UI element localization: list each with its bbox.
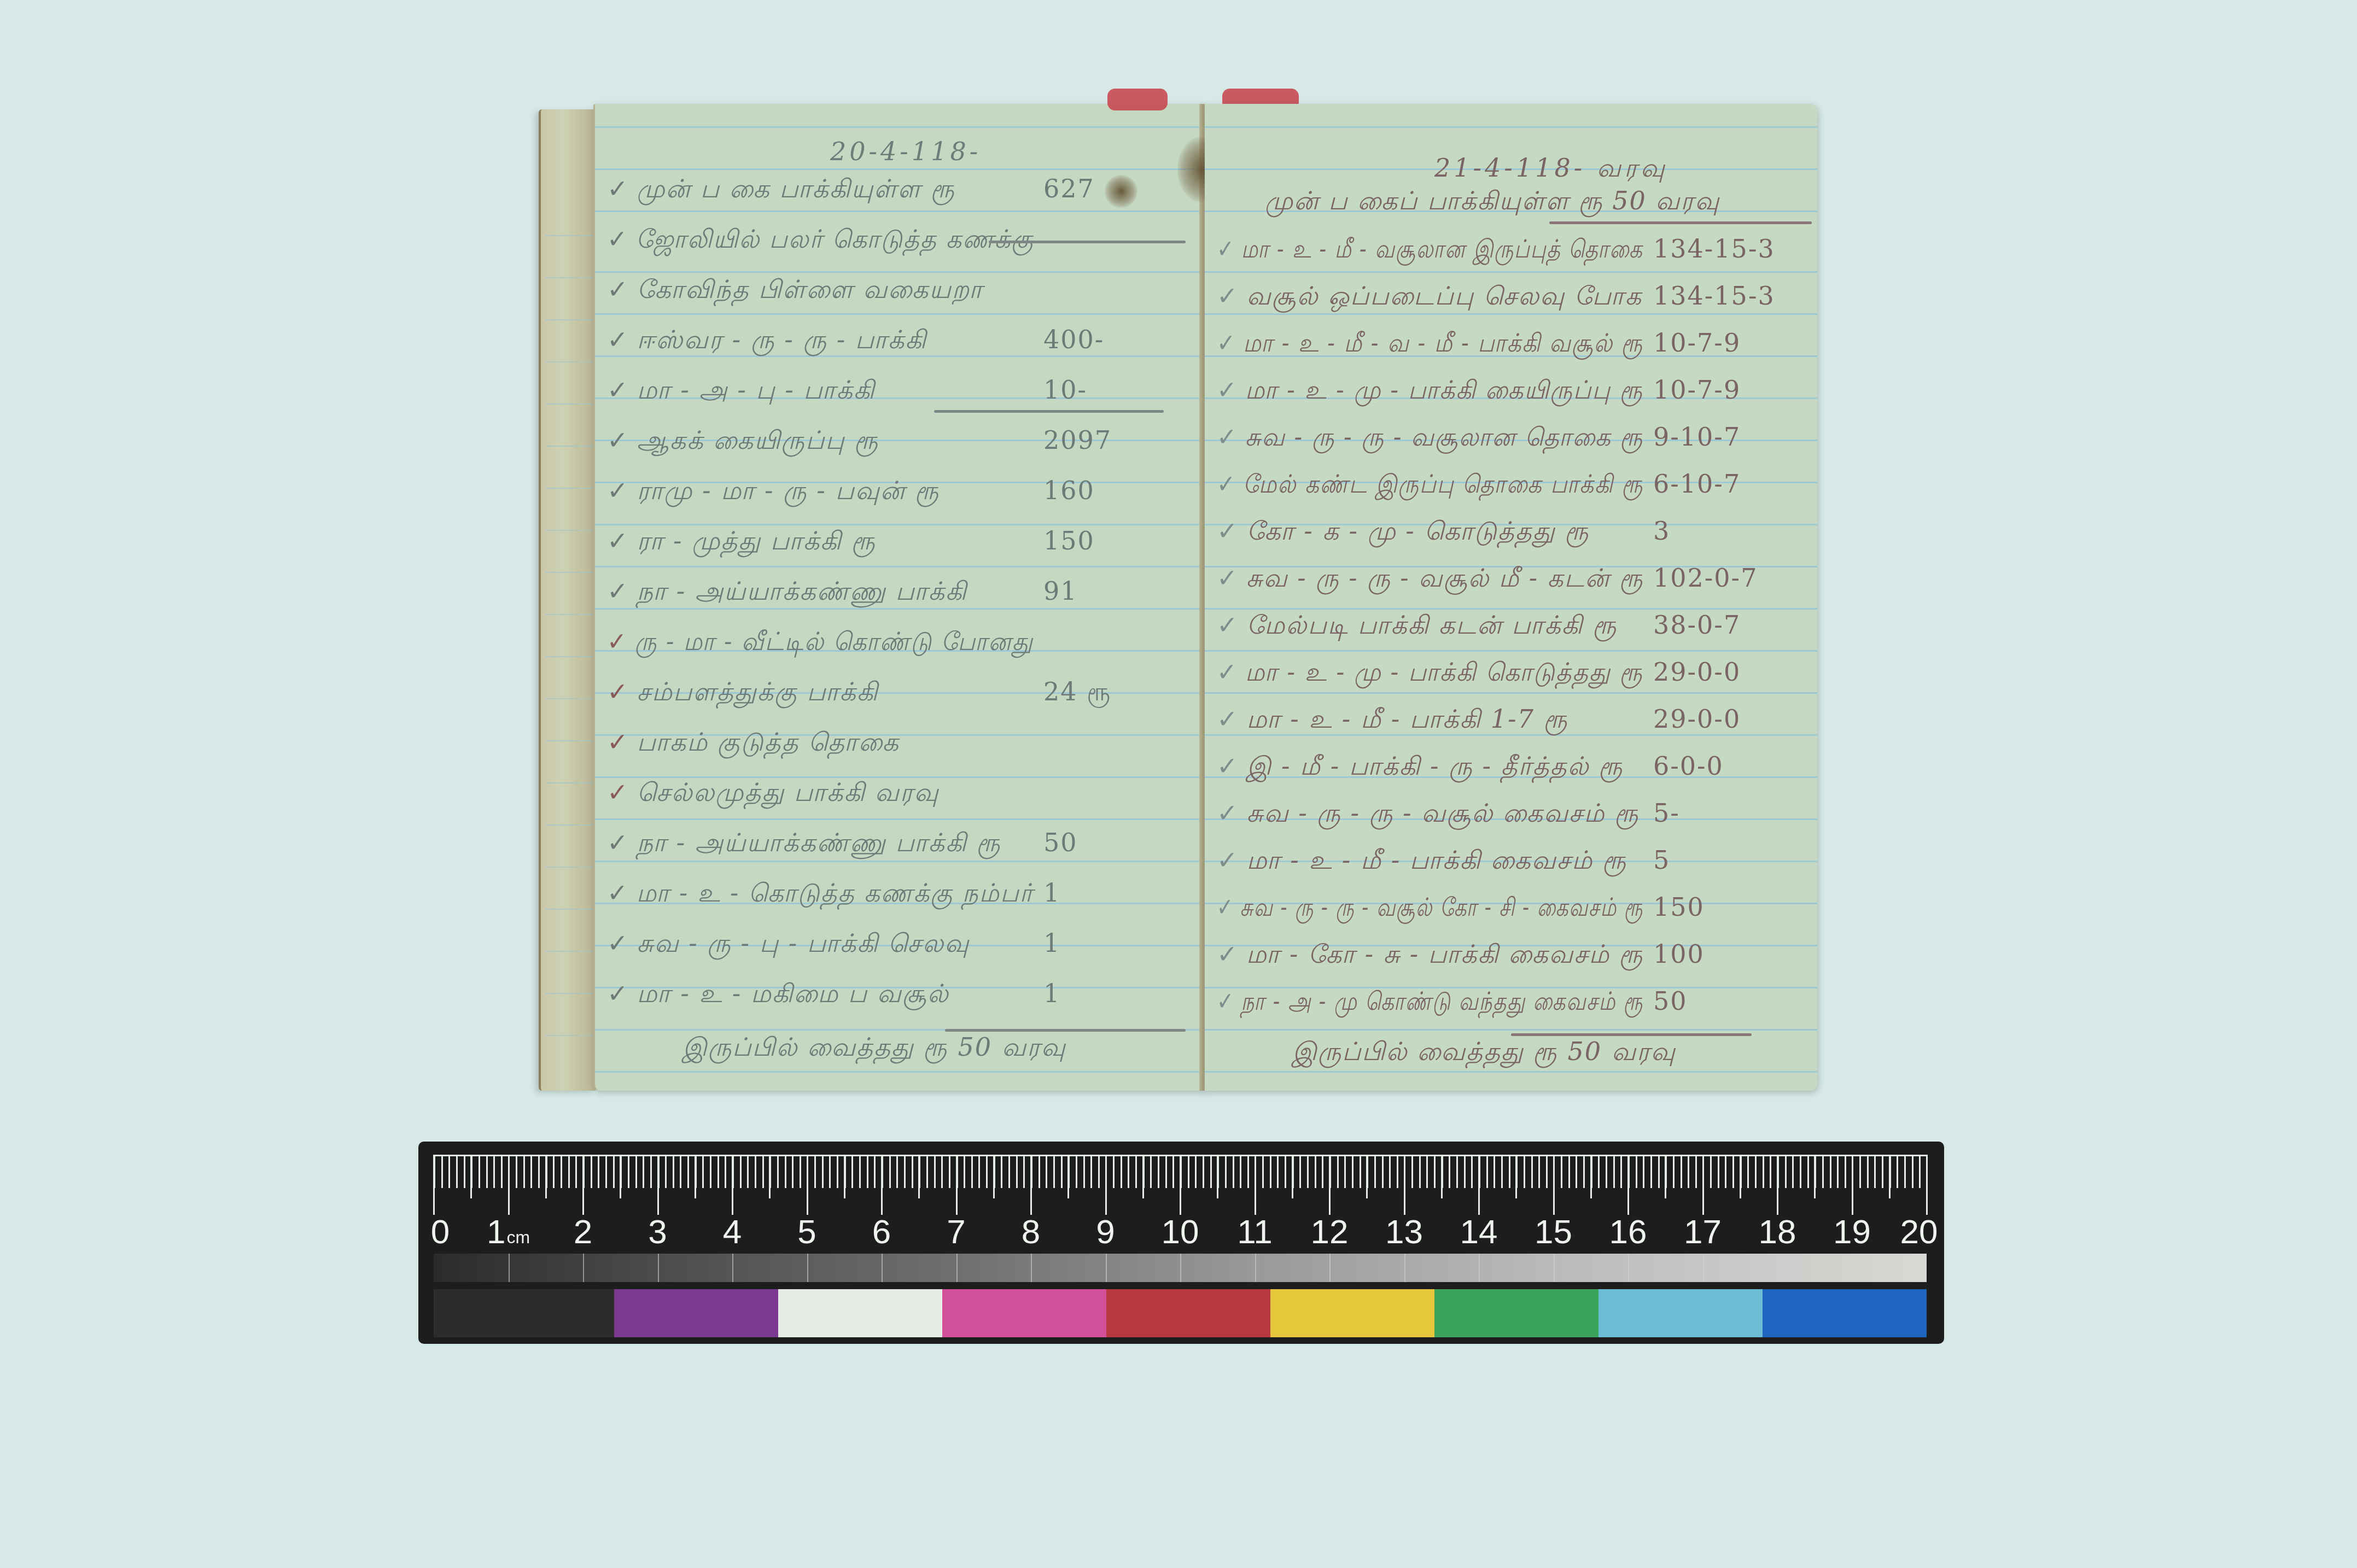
row-text: மா - உ - மீ - பாக்கி கைவசம் ரூ — [1247, 845, 1627, 879]
checkmark-icon: ✓ — [1217, 610, 1239, 640]
ledger-row: ✓ஆகக் கையிருப்பு ரூ — [607, 425, 879, 459]
color-swatch-purple — [614, 1289, 778, 1337]
ruler-label: 6 — [872, 1213, 891, 1251]
ruler-label: 3 — [648, 1213, 667, 1251]
checkmark-icon: ✓ — [1217, 469, 1236, 499]
row-text: சுவ - ரு - பு - பாக்கி செலவு — [637, 928, 970, 962]
ruler-label: 17 — [1684, 1213, 1722, 1251]
row-amount: 2097 — [1043, 425, 1112, 455]
row-text: இ - மீ - பாக்கி - ரு - தீர்த்தல் ரூ — [1247, 751, 1624, 785]
ruler-half-tick — [1889, 1155, 1891, 1198]
row-amount: 150 — [1043, 526, 1095, 555]
ruler-cm-tick — [1404, 1155, 1405, 1215]
gray-step-divider — [1404, 1254, 1405, 1282]
ledger-row: ✓ஜோலியில் பலர் கொடுத்த கணக்கு — [607, 224, 1034, 258]
ruler-cm-tick — [732, 1155, 733, 1215]
ruler-label: 18 — [1759, 1213, 1796, 1251]
color-swatch-white — [778, 1289, 942, 1337]
ruler-half-tick — [1067, 1155, 1069, 1198]
checkmark-icon: ✓ — [1217, 845, 1239, 875]
left-page-date: 20-4-118- — [830, 137, 981, 166]
row-amount: 134-15-3 — [1653, 234, 1775, 264]
row-text: மா - கோ - சு - பாக்கி கைவசம் ரூ — [1246, 939, 1643, 973]
checkmark-icon: ✓ — [607, 224, 628, 254]
ledger-row: ✓சுவ - ரு - ரு - வசூல் கைவசம் ரூ — [1217, 798, 1639, 832]
checkmark-icon: ✓ — [1217, 563, 1239, 593]
ruler-label: 14 — [1460, 1213, 1498, 1251]
checkmark-icon: ✓ — [1217, 422, 1238, 452]
ruler-number: 16 — [1609, 1213, 1647, 1251]
row-text: ரா - முத்து பாக்கி ரூ — [637, 526, 876, 559]
ruler-number: 3 — [648, 1213, 667, 1251]
checkmark-icon: ✓ — [607, 928, 629, 958]
ledger-row: ✓சுவ - ரு - ரு - வசூலான தொகை ரூ — [1217, 422, 1643, 455]
ruler-number: 13 — [1385, 1213, 1423, 1251]
gray-step-divider — [1554, 1254, 1555, 1282]
checkmark-icon: ✓ — [1217, 657, 1238, 687]
ruler-half-tick — [1740, 1155, 1741, 1198]
row-text: பாகம் குடுத்த தொகை — [637, 727, 900, 760]
checkmark-icon: ✓ — [607, 828, 629, 857]
ledger-row: ✓நா - அய்யாக்கண்ணு பாக்கி — [607, 576, 967, 610]
checkmark-icon: ✓ — [607, 174, 629, 203]
row-text: சுவ - ரு - ரு - வசூலான தொகை ரூ — [1245, 422, 1643, 455]
row-text: நா - அய்யாக்கண்ணு பாக்கி — [637, 576, 967, 610]
gray-scale-strip — [434, 1254, 1927, 1282]
ruler-cm-tick — [1030, 1155, 1032, 1215]
ledger-row: ✓மா - கோ - சு - பாக்கி கைவசம் ரூ — [1217, 939, 1643, 973]
row-amount: 1 — [1043, 878, 1060, 908]
ledger-row: ✓இ - மீ - பாக்கி - ரு - தீர்த்தல் ரூ — [1217, 751, 1623, 785]
ruler-number: 14 — [1460, 1213, 1498, 1251]
row-text: ஆகக் கையிருப்பு ரூ — [637, 425, 879, 459]
rule-line — [545, 361, 596, 362]
ruler-label: 12 — [1311, 1213, 1349, 1251]
date-text: 21-4-118- — [1434, 153, 1585, 183]
row-text: சுவ - ரு - ரு - வசூல் கைவசம் ரூ — [1247, 798, 1640, 832]
ledger-row: ✓மா - உ - மீ - பாக்கி கைவசம் ரூ — [1217, 845, 1627, 879]
ruler-half-tick — [844, 1155, 845, 1198]
row-amount: 91 — [1043, 576, 1078, 606]
ruler-cm-tick — [1777, 1155, 1778, 1215]
ledger-row: ✓மா - அ - பு - பாக்கி — [607, 375, 876, 408]
ruler-label: 13 — [1385, 1213, 1423, 1251]
ledger-row: ✓சுவ - ரு - ரு - வசூல் மீ - கடன் ரூ — [1217, 563, 1643, 596]
row-amount: 38-0-7 — [1653, 610, 1741, 640]
rule-line — [545, 235, 596, 236]
row-text: மேல் கண்ட இருப்பு தொகை பாக்கி ரூ — [1243, 469, 1643, 502]
ruler-cm-tick — [1478, 1155, 1480, 1215]
ruler-label: 19 — [1833, 1213, 1871, 1251]
row-amount: 102-0-7 — [1653, 563, 1758, 593]
color-swatch-black — [434, 1289, 614, 1337]
gray-step-divider — [1852, 1254, 1853, 1282]
ledger-row: ✓மா - உ - மீ - வ - மீ - பாக்கி வசூல் ரூ — [1217, 328, 1643, 361]
ruler-label: 20 — [1900, 1213, 1938, 1251]
ruler-number: 10 — [1162, 1213, 1199, 1251]
checkmark-icon: ✓ — [607, 627, 628, 656]
right-page: 21-4-118- வரவு முன் ப கைப் பாக்கியுள்ள ர… — [1205, 104, 1817, 1091]
checkmark-icon: ✓ — [1217, 375, 1238, 405]
ruler-cm-tick — [1105, 1155, 1107, 1215]
closing-suffix: வரவு — [1612, 1037, 1676, 1066]
rule-line — [545, 403, 596, 405]
closing-amount: 50 — [958, 1032, 992, 1062]
row-text: முன் ப கை பாக்கியுள்ள ரூ — [637, 174, 955, 207]
left-page: 20-4-118- ✓முன் ப கை பாக்கியுள்ள ரூ627✓ஜ… — [593, 104, 1205, 1091]
checkmark-icon: ✓ — [607, 325, 629, 354]
opening-underline — [1549, 221, 1812, 224]
closing-balance-row: இருப்பில் வைத்தது ரூ50வரவு — [1292, 1037, 1686, 1070]
checkmark-icon: ✓ — [607, 274, 629, 304]
gray-step-divider — [1031, 1254, 1032, 1282]
checkmark-icon: ✓ — [1217, 939, 1239, 969]
ruler-number: 2 — [574, 1213, 592, 1251]
ruler-number: 4 — [723, 1213, 742, 1251]
ledger-row: ✓வசூல் ஒப்படைப்பு செலவு போக — [1217, 281, 1642, 314]
ruler-number: 8 — [1022, 1213, 1040, 1251]
checkmark-icon: ✓ — [1217, 281, 1239, 311]
row-text: மா - உ - மு - பாக்கி கொடுத்தது ரூ — [1245, 657, 1643, 691]
row-amount: 24 ரூ — [1043, 677, 1111, 710]
row-amount: 134-15-3 — [1653, 281, 1775, 311]
rule-line — [545, 824, 596, 826]
ruler-half-tick — [769, 1155, 771, 1198]
ledger-row: ✓மா - உ - மு - பாக்கி கையிருப்பு ரூ — [1217, 375, 1643, 408]
gray-step-divider — [1329, 1254, 1331, 1282]
ruler-half-tick — [1142, 1155, 1144, 1198]
ledger-row: ✓செல்லமுத்து பாக்கி வரவு — [607, 777, 940, 811]
ruler-number: 18 — [1759, 1213, 1796, 1251]
closing-balance-row: இருப்பில் வைத்தது ரூ50வரவு — [682, 1032, 1076, 1066]
ruler-cm-tick — [657, 1155, 659, 1215]
rule-line — [545, 656, 596, 657]
rule-line — [545, 698, 596, 699]
row-text: மா - உ - மீ - வசூலான இருப்புத் தொகை — [1241, 234, 1643, 267]
ledger-row: ✓கோ - க - மு - கொடுத்தது ரூ — [1217, 516, 1589, 549]
row-text: மா - அ - பு - பாக்கி — [637, 375, 876, 408]
rule-line — [545, 488, 596, 489]
row-text: சம்பளத்துக்கு பாக்கி — [637, 677, 879, 710]
row-amount: 6-0-0 — [1653, 751, 1724, 781]
page-stack-edge — [539, 109, 596, 1091]
total-underline — [1511, 1033, 1752, 1036]
gray-step-divider — [1628, 1254, 1629, 1282]
closing-suffix: வரவு — [1002, 1032, 1066, 1062]
ruler-number: 1 — [487, 1213, 505, 1251]
checkmark-icon: ✓ — [1217, 516, 1239, 546]
ruler-number: 12 — [1311, 1213, 1349, 1251]
checkmark-icon: ✓ — [607, 727, 629, 757]
rule-line — [545, 782, 596, 783]
ruler-label: 0 — [431, 1213, 450, 1251]
row-amount: 160 — [1043, 476, 1095, 505]
ruler-label: 10 — [1162, 1213, 1199, 1251]
ruler-half-tick — [1814, 1155, 1816, 1198]
ledger-row: ✓பாகம் குடுத்த தொகை — [607, 727, 900, 760]
checkmark-icon: ✓ — [607, 878, 629, 908]
ledger-row: ✓கோவிந்த பிள்ளை வகையறா — [607, 274, 983, 308]
checkmark-icon: ✓ — [607, 425, 629, 455]
ruler-label: 2 — [574, 1213, 592, 1251]
ledger-row: ✓முன் ப கை பாக்கியுள்ள ரூ — [607, 174, 955, 207]
ledger-row: ✓மா - உ - மகிமை ப வசூல் — [607, 979, 949, 1012]
ruler-label: 15 — [1535, 1213, 1572, 1251]
row-amount: 627 — [1043, 174, 1095, 203]
row-text: கோ - க - மு - கொடுத்தது ரூ — [1247, 516, 1590, 549]
ruler-label: 1cm — [487, 1213, 530, 1251]
ruler-number: 20 — [1900, 1213, 1938, 1251]
rule-line — [545, 572, 596, 573]
scale-ruler: 01cm234567891011121314151617181920 — [418, 1142, 1944, 1344]
checkmark-icon: ✓ — [607, 979, 629, 1008]
ledger-row: ✓மா - உ - கொடுத்த கணக்கு நம்பர் — [607, 878, 1034, 911]
ledger-row: ✓மா - உ - மு - பாக்கி கொடுத்தது ரூ — [1217, 657, 1643, 691]
ledger-row: ✓சுவ - ரு - பு - பாக்கி செலவு — [607, 928, 970, 962]
checkmark-icon: ✓ — [1217, 751, 1239, 781]
gray-step-divider — [1777, 1254, 1778, 1282]
gray-step-divider — [807, 1254, 808, 1282]
notebook: 20-4-118- ✓முன் ப கை பாக்கியுள்ள ரூ627✓ஜ… — [539, 104, 1818, 1091]
gray-step-divider — [658, 1254, 659, 1282]
row-text: மா - உ - மு - பாக்கி கையிருப்பு ரூ — [1245, 375, 1643, 408]
color-swatch-red — [1106, 1289, 1270, 1337]
row-text: ஈஸ்வர - ரு - ரு - பாக்கி — [637, 325, 927, 358]
checkmark-icon: ✓ — [1217, 234, 1235, 264]
row-amount: 10-7-9 — [1653, 328, 1741, 358]
rule-line — [545, 867, 596, 868]
ruler-half-tick — [1441, 1155, 1443, 1198]
ledger-row: ✓ரு - மா - வீட்டில் கொண்டு போனது — [607, 627, 1034, 660]
row-text: கோவிந்த பிள்ளை வகையறா — [637, 274, 983, 308]
ledger-row: ✓ராமு - மா - ரு - பவுன் ரூ — [607, 476, 940, 509]
ruler-label: 5 — [797, 1213, 816, 1251]
ruler-half-tick — [1292, 1155, 1293, 1198]
color-swatch-green — [1434, 1289, 1598, 1337]
ledger-row: ✓மேல்படி பாக்கி கடன் பாக்கி ரூ — [1217, 610, 1617, 643]
ruler-half-tick — [993, 1155, 995, 1198]
ruler-cm-tick — [1702, 1155, 1704, 1215]
gray-step-divider — [1106, 1254, 1107, 1282]
row-amount: 5- — [1653, 798, 1680, 828]
row-text: ரு - மா - வீட்டில் கொண்டு போனது — [635, 627, 1034, 660]
opening-text: முன் ப கைப் பாக்கியுள்ள ரூ — [1265, 186, 1603, 219]
row-text: மேல்படி பாக்கி கடன் பாக்கி ரூ — [1247, 610, 1618, 643]
opening-balance-row: முன் ப கைப் பாக்கியுள்ள ரூ 50 வரவு — [1265, 186, 1720, 219]
rule-line — [545, 993, 596, 994]
row-amount: 3 — [1653, 516, 1670, 546]
rule-line — [545, 740, 596, 741]
ruler-half-tick — [1217, 1155, 1218, 1198]
ruler-number: 6 — [872, 1213, 891, 1251]
color-swatch-blue — [1763, 1289, 1927, 1337]
row-text: மா - உ - மீ - பாக்கி 1-7 ரூ — [1247, 704, 1568, 738]
row-amount: 10- — [1043, 375, 1087, 405]
ruler-number: 5 — [797, 1213, 816, 1251]
color-swatch-yellow — [1270, 1289, 1434, 1337]
ruler-number: 7 — [947, 1213, 965, 1251]
gray-step-divider — [583, 1254, 584, 1282]
rule-line — [545, 1035, 596, 1036]
opening-amount: 50 — [1612, 186, 1647, 215]
checkmark-icon: ✓ — [1217, 704, 1239, 734]
ledger-row: ✓மா - உ - மீ - பாக்கி 1-7 ரூ — [1217, 704, 1568, 738]
checkmark-icon: ✓ — [1217, 892, 1234, 922]
ruler-half-tick — [1590, 1155, 1592, 1198]
rule-line — [545, 614, 596, 615]
checkmark-icon: ✓ — [607, 576, 629, 606]
row-amount: 1 — [1043, 928, 1060, 958]
ruler-half-tick — [1515, 1155, 1517, 1198]
row-text: சுவ - ரு - ரு - வசூல் மீ - கடன் ரூ — [1246, 563, 1644, 596]
closing-text: இருப்பில் வைத்தது ரூ — [682, 1032, 948, 1062]
ledger-row: ✓சுவ - ரு - ரு - வசூல் கோ - சி - கைவசம் … — [1217, 892, 1643, 926]
row-amount: 10-7-9 — [1653, 375, 1741, 405]
ruler-label: 4 — [723, 1213, 742, 1251]
ruler-half-tick — [1366, 1155, 1368, 1198]
row-amount: 6-10-7 — [1653, 469, 1741, 499]
ledger-row: ✓நா - அய்யாக்கண்ணு பாக்கி ரூ — [607, 828, 1001, 861]
color-reference-strip — [434, 1289, 1927, 1337]
row-amount: 9-10-7 — [1653, 422, 1741, 452]
ruler-number: 19 — [1833, 1213, 1871, 1251]
checkmark-icon: ✓ — [1217, 328, 1236, 358]
color-swatch-cyan — [1598, 1289, 1763, 1337]
gray-step-divider — [1255, 1254, 1256, 1282]
rule-line — [545, 277, 596, 278]
gray-step-divider — [732, 1254, 733, 1282]
ruler-label: 16 — [1609, 1213, 1647, 1251]
row-text: நா - அய்யாக்கண்ணு பாக்கி ரூ — [637, 828, 1001, 861]
ledger-row: ✓ரா - முத்து பாக்கி ரூ — [607, 526, 876, 559]
ruler-label: 7 — [947, 1213, 965, 1251]
row-amount: 29-0-0 — [1653, 704, 1741, 734]
checkmark-icon: ✓ — [607, 526, 629, 555]
ruler-unit: cm — [506, 1227, 530, 1247]
gray-step-divider — [1180, 1254, 1181, 1282]
ruler-half-tick — [545, 1155, 547, 1198]
gray-step-divider — [956, 1254, 958, 1282]
checkmark-icon: ✓ — [607, 375, 629, 405]
ruler-cm-tick — [1926, 1155, 1928, 1215]
ruler-number: 11 — [1237, 1213, 1272, 1251]
ruler-number: 0 — [431, 1213, 450, 1251]
ruler-number: 9 — [1096, 1213, 1115, 1251]
ruler-cm-tick — [1553, 1155, 1555, 1215]
row-amount: 1 — [1043, 979, 1060, 1008]
ruler-half-tick — [470, 1155, 472, 1198]
ledger-row: ✓மா - உ - மீ - வசூலான இருப்புத் தொகை — [1217, 234, 1643, 267]
checkmark-icon: ✓ — [607, 677, 629, 706]
ruler-number: 17 — [1684, 1213, 1722, 1251]
checkmark-icon: ✓ — [607, 476, 629, 505]
ruler-half-tick — [620, 1155, 621, 1198]
checkmark-icon: ✓ — [1217, 986, 1235, 1016]
gray-step-divider — [1479, 1254, 1480, 1282]
row-text: ராமு - மா - ரு - பவுன் ரூ — [637, 476, 940, 509]
ruler-label: 9 — [1096, 1213, 1115, 1251]
ruler-half-tick — [695, 1155, 696, 1198]
ruler-cm-tick — [1180, 1155, 1181, 1215]
row-amount: 50 — [1653, 986, 1688, 1016]
closing-text: இருப்பில் வைத்தது ரூ — [1292, 1037, 1557, 1066]
ruler-half-tick — [1665, 1155, 1666, 1198]
ledger-row: ✓நா - அ - மு கொண்டு வந்தது கைவசம் ரூ — [1217, 986, 1643, 1020]
ruler-half-tick — [918, 1155, 920, 1198]
stain-spot — [1105, 175, 1137, 208]
ruler-cm-tick — [1852, 1155, 1853, 1215]
row-text: மா - உ - மகிமை ப வசூல் — [637, 979, 949, 1012]
row-text: சுவ - ரு - ரு - வசூல் கோ - சி - கைவசம் ர… — [1240, 892, 1643, 926]
ruler-cm-tick — [1329, 1155, 1331, 1215]
opening-suffix: வரவு — [1655, 186, 1720, 215]
checkmark-icon: ✓ — [607, 777, 629, 807]
row-text: நா - அ - மு கொண்டு வந்தது கைவசம் ரூ — [1241, 986, 1643, 1020]
row-amount: 5 — [1653, 845, 1670, 875]
ruler-cm-tick — [1627, 1155, 1629, 1215]
rule-line — [545, 951, 596, 952]
gray-step-divider — [882, 1254, 883, 1282]
ruler-cm-tick — [807, 1155, 808, 1215]
row-amount: 400- — [1043, 325, 1104, 354]
row-text: மா - உ - மீ - வ - மீ - பாக்கி வசூல் ரூ — [1243, 328, 1643, 361]
row-text: செல்லமுத்து பாக்கி வரவு — [637, 777, 940, 811]
ruler-number: 15 — [1535, 1213, 1572, 1251]
color-swatch-magenta — [942, 1289, 1106, 1337]
ledger-row: ✓மேல் கண்ட இருப்பு தொகை பாக்கி ரூ — [1217, 469, 1643, 502]
right-page-date: 21-4-118- வரவு — [1434, 153, 1668, 186]
checkmark-icon: ✓ — [1217, 798, 1239, 828]
ruler-cm-tick — [582, 1155, 584, 1215]
rule-line — [545, 530, 596, 531]
ruler-cm-tick — [881, 1155, 883, 1215]
row-amount: 50 — [1043, 828, 1078, 857]
gray-step-divider — [1703, 1254, 1704, 1282]
rule-line — [545, 446, 596, 447]
subtotal-underline — [934, 410, 1164, 413]
ruler-label: 11 — [1237, 1213, 1272, 1251]
row-text: ஜோலியில் பலர் கொடுத்த கணக்கு — [636, 224, 1034, 258]
closing-amount: 50 — [1567, 1037, 1602, 1066]
ruler-cm-tick — [508, 1155, 510, 1215]
ledger-row: ✓ஈஸ்வர - ரு - ரு - பாக்கி — [607, 325, 927, 358]
total-underline — [945, 1029, 1186, 1032]
rule-line — [545, 319, 596, 320]
gray-step-divider — [509, 1254, 510, 1282]
row-amount: 150 — [1653, 892, 1705, 922]
ledger-row: ✓சம்பளத்துக்கு பாக்கி — [607, 677, 879, 710]
ruler-cm-tick — [1255, 1155, 1256, 1215]
row-text: மா - உ - கொடுத்த கணக்கு நம்பர் — [637, 878, 1034, 911]
ruler-cm-tick — [433, 1155, 435, 1215]
binding-thread-left — [1107, 89, 1168, 110]
rule-line — [545, 909, 596, 910]
date-suffix: வரவு — [1597, 153, 1668, 183]
ruler-cm-tick — [956, 1155, 958, 1215]
row-amount: 100 — [1653, 939, 1705, 969]
ruler-label: 8 — [1022, 1213, 1040, 1251]
subtotal-underline — [989, 241, 1186, 243]
row-text: வசூல் ஒப்படைப்பு செலவு போக — [1247, 281, 1643, 314]
row-amount: 29-0-0 — [1653, 657, 1741, 687]
